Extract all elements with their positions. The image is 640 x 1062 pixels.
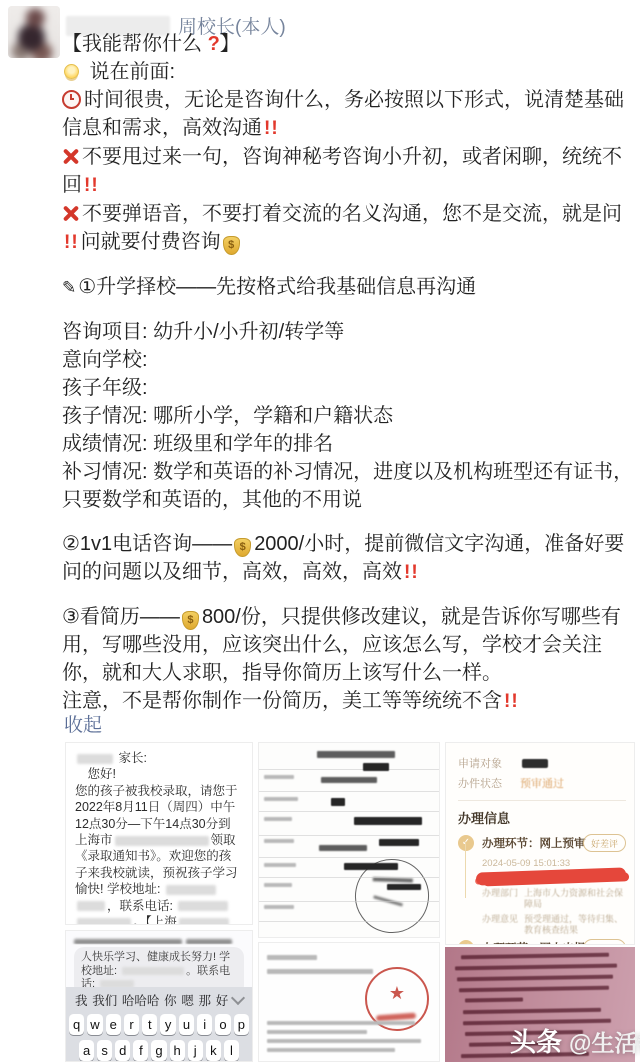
avatar[interactable] bbox=[8, 6, 60, 58]
notice-text-line bbox=[455, 964, 617, 971]
cut-text-line bbox=[66, 931, 252, 944]
redacted-text bbox=[178, 901, 228, 911]
key-d[interactable]: d bbox=[115, 1040, 130, 1061]
post-paragraph: 时间很贵，无论是咨询什么，务必按照以下形式，说清楚基础信息和需求，高效沟通!! bbox=[62, 86, 634, 143]
notice-text-line bbox=[461, 953, 609, 960]
status-field: 办件状态预审通过 bbox=[458, 775, 626, 791]
redacted-text bbox=[77, 754, 113, 764]
key-w[interactable]: w bbox=[87, 1014, 102, 1035]
double-exclamation-icon: !! bbox=[84, 172, 99, 200]
notice-text-line bbox=[463, 1008, 601, 1014]
attachment-sms-keyboard[interactable]: 人快乐学习、健康成长努力! 学校地址: 。联系电话: Text Message … bbox=[65, 930, 253, 1062]
form-rule-line bbox=[259, 769, 439, 770]
keyboard-row-2: asdfghjkl bbox=[66, 1040, 252, 1061]
question-mark-icon: ? bbox=[208, 30, 220, 58]
key-u[interactable]: u bbox=[179, 1014, 194, 1035]
illegible-text-block bbox=[354, 817, 422, 825]
text-run: 成绩情况: 班级里和学年的排名 bbox=[62, 433, 333, 455]
illegible-text-block bbox=[267, 1048, 395, 1052]
feed-post: 周校长(本人) 【我能帮你什么 ?】 说在前面:时间很贵，无论是咨询什么，务必按… bbox=[0, 0, 640, 1062]
illegible-text-block bbox=[264, 863, 296, 867]
key-j[interactable]: j bbox=[188, 1040, 203, 1061]
post-paragraph: 注意，不是帮你制作一份简历，美工等等统统不含!! bbox=[62, 687, 634, 716]
prediction-candidate[interactable]: 嗯 bbox=[181, 991, 194, 1009]
status-step: 办理环节：网上申报好差评 bbox=[458, 940, 626, 945]
key-g[interactable]: g bbox=[151, 1040, 166, 1061]
attachment-grid: 家长: 您好!您的孩子被我校录取，请您于2022年8月11日（周四）中午12点3… bbox=[65, 742, 635, 1062]
illegible-text-block bbox=[363, 763, 389, 771]
key-r[interactable]: r bbox=[124, 1014, 139, 1035]
check-icon bbox=[458, 835, 474, 851]
illegible-text-block bbox=[267, 955, 317, 960]
illegible-text-block bbox=[317, 751, 395, 758]
field-value: 预审通过 bbox=[520, 775, 564, 791]
key-k[interactable]: k bbox=[206, 1040, 221, 1061]
post-paragraph: 补习情况: 数学和英语的补习情况，进度以及机构班型还有证书，只要数学和英语的，其… bbox=[62, 458, 634, 514]
illegible-text-block bbox=[267, 969, 373, 974]
post-paragraph: 孩子年级: bbox=[62, 374, 634, 402]
detail-label: 办理意见 bbox=[482, 914, 518, 936]
form-rule-line bbox=[259, 857, 439, 858]
notice-text-line bbox=[457, 975, 613, 982]
prediction-candidate[interactable]: 你 bbox=[164, 991, 177, 1009]
redacted-value bbox=[522, 759, 548, 768]
illegible-text-block bbox=[264, 775, 294, 779]
prediction-bar: 我我们哈哈哈你嗯那好 bbox=[66, 987, 252, 1009]
detail-value: 上海市人力资源和社会保障局 bbox=[524, 888, 626, 910]
key-i[interactable]: i bbox=[197, 1014, 212, 1035]
attachment-sms-admission[interactable]: 家长: 您好!您的孩子被我校录取，请您于2022年8月11日（周四）中午12点3… bbox=[65, 742, 253, 925]
step-title: 办理环节：网上申报 bbox=[482, 943, 586, 945]
form-rule-line bbox=[259, 877, 439, 878]
text-run: 您好! bbox=[75, 767, 116, 781]
detail-value: 预受理通过，等待归集、教育核查结果 bbox=[524, 914, 626, 936]
text-run: 注意，不是帮你制作一份简历，美工等等统统不含 bbox=[62, 690, 502, 712]
watermark: 头条 @生活帮 bbox=[510, 1022, 640, 1059]
text-run: 不要弹语音，不要打着交流的名义沟通，您不是交流，就是问 bbox=[82, 203, 622, 225]
money-bag-icon: $ bbox=[234, 538, 251, 557]
key-t[interactable]: t bbox=[142, 1014, 157, 1035]
prediction-candidate[interactable]: 那 bbox=[199, 991, 212, 1009]
money-bag-icon: $ bbox=[223, 236, 240, 255]
cross-mark-icon bbox=[62, 148, 79, 165]
light-bulb-icon bbox=[64, 64, 79, 79]
post-paragraph: ②1v1电话咨询——$2000/小时，提前微信文字沟通，准备好要问的问题以及细节… bbox=[62, 530, 634, 587]
text-run: 。【上海 bbox=[133, 915, 177, 925]
double-exclamation-icon: !! bbox=[264, 115, 279, 143]
detail-label: 办理部门 bbox=[482, 888, 518, 910]
illegible-text-block bbox=[331, 798, 345, 806]
text-run: 意向学校: bbox=[62, 349, 148, 371]
key-o[interactable]: o bbox=[215, 1014, 230, 1035]
attachment-letter-document[interactable]: ★ bbox=[258, 942, 440, 1062]
redacted-text bbox=[166, 885, 216, 895]
post-paragraph: 不要弹语音，不要打着交流的名义沟通，您不是交流，就是问!!问就要付费咨询$ bbox=[62, 200, 634, 257]
status-step: 办理环节：网上预审好差评 bbox=[458, 835, 626, 851]
rate-button[interactable]: 好差评 bbox=[583, 939, 626, 945]
prediction-candidate[interactable]: 我 bbox=[75, 991, 88, 1009]
post-paragraph: 意向学校: bbox=[62, 346, 634, 374]
key-s[interactable]: s bbox=[97, 1040, 112, 1061]
illegible-text-block bbox=[321, 777, 377, 783]
illegible-text-block bbox=[379, 839, 419, 846]
redacted-text bbox=[179, 918, 229, 925]
illegible-text-block bbox=[264, 883, 292, 887]
key-h[interactable]: h bbox=[170, 1040, 185, 1061]
illegible-text-block bbox=[319, 845, 367, 851]
illegible-text-block bbox=[267, 1030, 367, 1034]
step-title: 办理环节：网上预审 bbox=[482, 838, 586, 850]
text-run: 孩子年级: bbox=[62, 377, 148, 399]
post-paragraph: 不要甩过来一句，咨询神秘考咨询小升初，或者闲聊，统统不回!! bbox=[62, 143, 634, 200]
text-run: 孩子情况: 哪所小学，学籍和户籍状态 bbox=[62, 405, 393, 427]
writing-hand-icon: ✎ bbox=[62, 274, 76, 302]
keyboard-row-1: qwertyuiop bbox=[66, 1014, 252, 1035]
keyboard: 我我们哈哈哈你嗯那好 qwertyuiop asdfghjkl bbox=[66, 987, 252, 1061]
status-fields: 申请对象办件状态预审通过 bbox=[458, 755, 626, 791]
redacted-text bbox=[122, 967, 184, 975]
status-field: 申请对象 bbox=[458, 755, 626, 771]
post-paragraph: 【我能帮你什么 ?】 bbox=[62, 30, 634, 58]
divider bbox=[458, 800, 626, 801]
status-steps: 办理环节：网上预审好差评2024-05-09 15:01:33办理状态预审通过办… bbox=[458, 835, 626, 945]
field-label: 办件状态 bbox=[458, 775, 520, 791]
timeline-line bbox=[465, 842, 466, 898]
redacted-text bbox=[77, 918, 131, 925]
star-icon: ★ bbox=[367, 983, 427, 1004]
step-detail: 办理意见预受理通过，等待归集、教育核查结果 bbox=[482, 914, 626, 936]
double-exclamation-icon: !! bbox=[404, 559, 419, 587]
cross-mark-icon bbox=[62, 205, 79, 222]
illegible-text-block bbox=[264, 905, 294, 909]
post-paragraph: 说在前面: bbox=[62, 58, 634, 86]
text-run: 说在前面: bbox=[84, 61, 175, 83]
text-run: ②1v1电话咨询—— bbox=[62, 533, 232, 555]
alarm-clock-icon bbox=[62, 90, 81, 109]
step-detail: 办理部门上海市人力资源和社会保障局 bbox=[482, 888, 626, 910]
text-run: ①升学择校——先按格式给我基础信息再沟通 bbox=[78, 276, 476, 298]
redacted-text bbox=[74, 939, 182, 944]
key-l[interactable]: l bbox=[224, 1040, 239, 1061]
text-run: 】 bbox=[220, 33, 240, 55]
key-a[interactable]: a bbox=[79, 1040, 94, 1061]
post-paragraph: ③看简历——$800/份，只提供修改建议，就是告诉你写哪些有用，写哪些没用，应该… bbox=[62, 603, 634, 687]
double-exclamation-icon: !! bbox=[64, 229, 79, 257]
text-run: 咨询项目: 幼升小/小升初/转学等 bbox=[62, 321, 344, 343]
form-rule-line bbox=[259, 791, 439, 792]
post-paragraph: ✎①升学择校——先按格式给我基础信息再沟通 bbox=[62, 273, 634, 302]
attachment-status-page[interactable]: 申请对象办件状态预审通过 办理信息 办理环节：网上预审好差评2024-05-09… bbox=[445, 742, 635, 945]
form-rule-line bbox=[259, 921, 439, 922]
money-bag-icon: $ bbox=[182, 611, 199, 630]
field-label: 申请对象 bbox=[458, 755, 520, 771]
redacted-text bbox=[186, 939, 232, 944]
attachment-form-document[interactable] bbox=[258, 742, 440, 938]
illegible-text-block bbox=[264, 839, 294, 843]
illegible-text-block bbox=[264, 797, 298, 801]
illegible-text-block bbox=[387, 884, 421, 890]
prediction-candidate[interactable]: 我们 bbox=[92, 991, 117, 1009]
illegible-text-block bbox=[267, 1021, 415, 1025]
avatar-blur bbox=[8, 6, 60, 58]
notice-text-line bbox=[459, 986, 609, 993]
watermark-brand: 头条 bbox=[510, 1022, 562, 1059]
status-section-title: 办理信息 bbox=[458, 808, 626, 827]
key-e[interactable]: e bbox=[106, 1014, 121, 1035]
illegible-text-block bbox=[264, 817, 292, 821]
form-rule-line bbox=[259, 811, 439, 812]
key-y[interactable]: y bbox=[160, 1014, 175, 1035]
key-q[interactable]: q bbox=[69, 1014, 84, 1035]
text-run: 补习情况: 数学和英语的补习情况，进度以及机构班型还有证书，只要数学和英语的，其… bbox=[62, 461, 633, 511]
redacted-text bbox=[77, 901, 105, 911]
illegible-text-block bbox=[344, 863, 398, 870]
check-icon bbox=[458, 940, 474, 945]
collapse-link[interactable]: 收起 bbox=[64, 710, 102, 737]
form-rule-line bbox=[259, 835, 439, 836]
watermark-handle: @生活帮 bbox=[569, 1025, 640, 1058]
post-paragraph: 咨询项目: 幼升小/小升初/转学等 bbox=[62, 318, 634, 346]
notice-text-line bbox=[465, 997, 523, 1002]
prediction-candidate[interactable]: 哈哈哈 bbox=[122, 991, 160, 1009]
post-body: 【我能帮你什么 ?】 说在前面:时间很贵，无论是咨询什么，务必按照以下形式，说清… bbox=[62, 30, 634, 716]
post-paragraph: 孩子情况: 哪所小学，学籍和户籍状态 bbox=[62, 402, 634, 430]
post-paragraph: 成绩情况: 班级里和学年的排名 bbox=[62, 430, 634, 458]
form-rule-line bbox=[259, 901, 439, 902]
chevron-down-icon[interactable] bbox=[231, 991, 245, 1005]
double-exclamation-icon: !! bbox=[504, 688, 519, 716]
key-f[interactable]: f bbox=[133, 1040, 148, 1061]
illegible-text-block bbox=[267, 1039, 421, 1043]
text-run: 不要甩过来一句，咨询神秘考咨询小升初，或者闲聊，统统不回 bbox=[62, 146, 622, 196]
redacted-text bbox=[115, 836, 209, 846]
rate-button[interactable]: 好差评 bbox=[583, 834, 626, 852]
text-run: ③看简历—— bbox=[62, 606, 180, 628]
text-run: 问就要付费咨询 bbox=[81, 231, 221, 253]
key-p[interactable]: p bbox=[234, 1014, 249, 1035]
text-run: 【我能帮你什么 bbox=[62, 33, 208, 55]
text-run: ，联系电话: bbox=[107, 899, 176, 913]
text-run: 时间很贵，无论是咨询什么，务必按照以下形式，说清楚基础信息和需求，高效沟通 bbox=[62, 89, 624, 139]
prediction-candidate[interactable]: 好 bbox=[216, 991, 229, 1009]
text-run: 家长: bbox=[115, 751, 147, 765]
